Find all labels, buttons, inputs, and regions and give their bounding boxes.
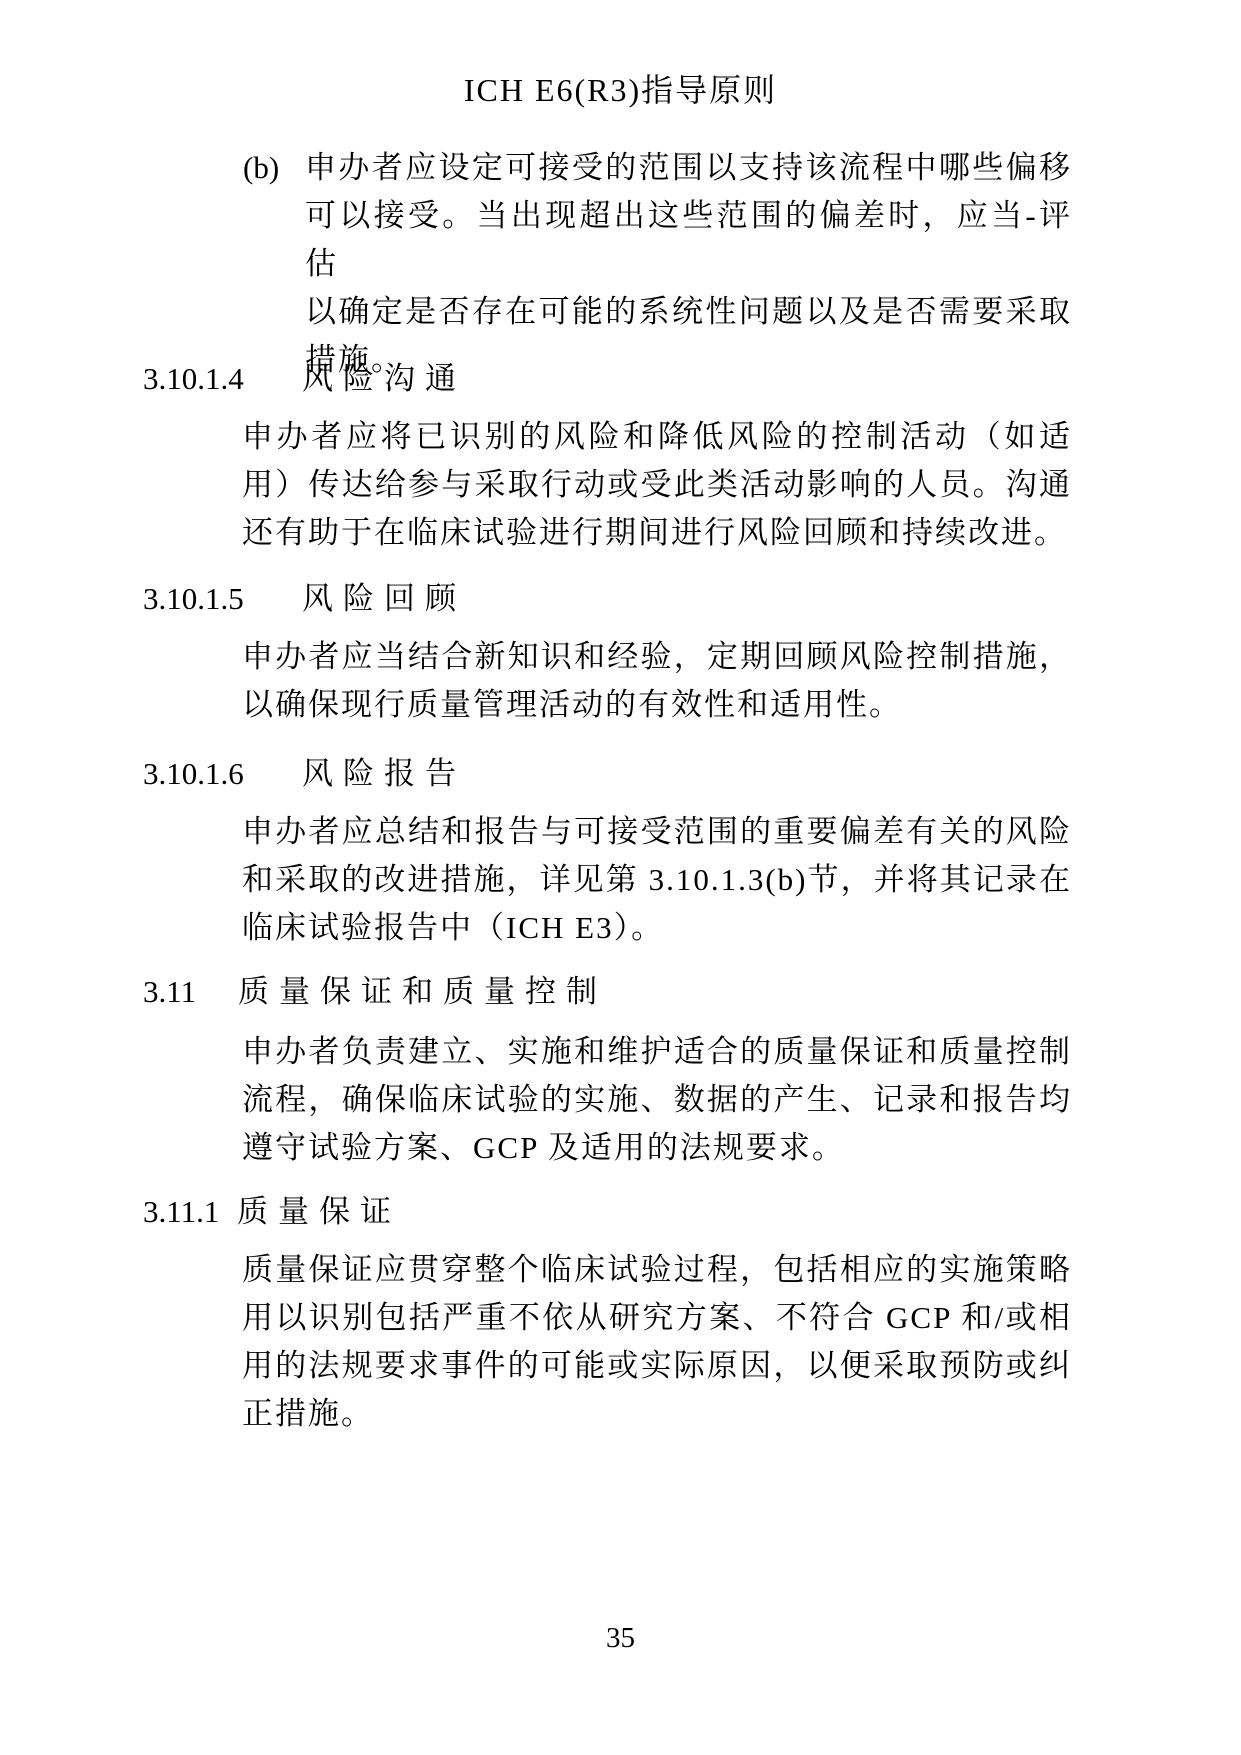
text-line: 遵守试验方案、GCP 及适用的法规要求。 xyxy=(242,1124,1072,1172)
text-line: 可以接受。当出现超出这些范围的偏差时，应当-评估 xyxy=(305,192,1072,288)
section-number: 3.10.1.5 xyxy=(143,575,302,623)
section-paragraph-3-10-1-4: 申办者应将已识别的风险和降低风险的控制活动（如适 用）传达给参与采取行动或受此类… xyxy=(242,413,1072,557)
text-line: 用的法规要求事件的可能或实际原因，以便采取预防或纠 xyxy=(242,1342,1072,1390)
page-number: 35 xyxy=(0,1618,1241,1658)
text-line: 用以识别包括严重不依从研究方案、不符合 GCP 和/或相 xyxy=(242,1294,1072,1342)
text-line: 用）传达给参与采取行动或受此类活动影响的人员。沟通 xyxy=(242,461,1072,509)
section-title: 风险沟通 xyxy=(302,355,466,403)
section-heading-3-11-1: 3.11.1质量保证 xyxy=(143,1188,401,1236)
text-line: 申办者应总结和报告与可接受范围的重要偏差有关的风险 xyxy=(242,808,1072,856)
document-page: ICH E6(R3)指导原则 (b) 申办者应设定可接受的范围以支持该流程中哪些… xyxy=(0,0,1241,1755)
section-heading-3-10-1-4: 3.10.1.4风险沟通 xyxy=(143,355,466,403)
text-line: 流程，确保临床试验的实施、数据的产生、记录和报告均 xyxy=(242,1076,1072,1124)
text-line: 质量保证应贯穿整个临床试验过程，包括相应的实施策略 xyxy=(242,1246,1072,1294)
section-heading-3-10-1-6: 3.10.1.6风险报告 xyxy=(143,750,466,798)
text-line: 以确定是否存在可能的系统性问题以及是否需要采取 xyxy=(305,288,1072,336)
list-item-b: (b) 申办者应设定可接受的范围以支持该流程中哪些偏移 可以接受。当出现超出这些… xyxy=(243,144,1072,384)
page-title: ICH E6(R3)指导原则 xyxy=(0,68,1241,112)
section-heading-3-11: 3.11质量保证和质量控制 xyxy=(143,968,607,1016)
section-title: 风险回顾 xyxy=(302,575,466,623)
section-title: 质量保证和质量控制 xyxy=(238,968,607,1016)
text-line: 正措施。 xyxy=(242,1390,1072,1438)
list-item-b-marker: (b) xyxy=(243,144,305,192)
section-title: 质量保证 xyxy=(237,1188,401,1236)
section-heading-3-10-1-5: 3.10.1.5风险回顾 xyxy=(143,575,466,623)
section-number: 3.11.1 xyxy=(143,1188,237,1236)
section-number: 3.10.1.4 xyxy=(143,355,302,403)
text-line: 申办者应设定可接受的范围以支持该流程中哪些偏移 xyxy=(305,144,1072,192)
text-line: 临床试验报告中（ICH E3）。 xyxy=(242,904,1072,952)
text-line: 以确保现行质量管理活动的有效性和适用性。 xyxy=(242,681,1072,729)
text-line: 申办者应将已识别的风险和降低风险的控制活动（如适 xyxy=(242,413,1072,461)
section-number: 3.10.1.6 xyxy=(143,750,302,798)
section-paragraph-3-11-1: 质量保证应贯穿整个临床试验过程，包括相应的实施策略 用以识别包括严重不依从研究方… xyxy=(242,1246,1072,1438)
section-title: 风险报告 xyxy=(302,750,466,798)
text-line: 申办者负责建立、实施和维护适合的质量保证和质量控制 xyxy=(242,1028,1072,1076)
text-line: 和采取的改进措施，详见第 3.10.1.3(b)节，并将其记录在 xyxy=(242,856,1072,904)
text-line: 申办者应当结合新知识和经验，定期回顾风险控制措施， xyxy=(242,633,1072,681)
text-line: 还有助于在临床试验进行期间进行风险回顾和持续改进。 xyxy=(242,509,1072,557)
section-paragraph-3-10-1-6: 申办者应总结和报告与可接受范围的重要偏差有关的风险 和采取的改进措施，详见第 3… xyxy=(242,808,1072,952)
section-paragraph-3-11: 申办者负责建立、实施和维护适合的质量保证和质量控制 流程，确保临床试验的实施、数… xyxy=(242,1028,1072,1172)
section-paragraph-3-10-1-5: 申办者应当结合新知识和经验，定期回顾风险控制措施， 以确保现行质量管理活动的有效… xyxy=(242,633,1072,729)
list-item-b-text: 申办者应设定可接受的范围以支持该流程中哪些偏移 可以接受。当出现超出这些范围的偏… xyxy=(305,144,1072,384)
section-number: 3.11 xyxy=(143,968,238,1016)
